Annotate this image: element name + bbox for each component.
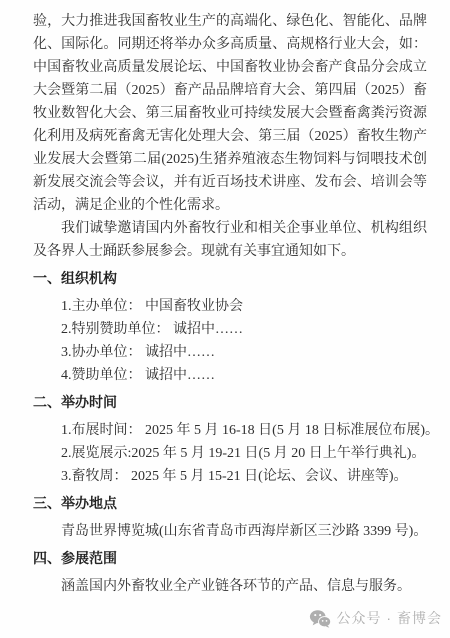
- document-page: 验，大力推进我国畜牧业生产的高端化、绿色化、智能化、品牌化、国际化。同期还将举办…: [0, 0, 450, 638]
- section-heading-schedule: 二、举办时间: [33, 392, 427, 415]
- organizer-item-host: 1.主办单位： 中国畜牧业协会: [33, 295, 427, 318]
- venue-address: 青岛世界博览城(山东省青岛市西海岸新区三沙路 3399 号)。: [33, 520, 427, 543]
- organizer-item-sponsor: 4.赞助单位： 诚招中……: [33, 364, 427, 387]
- organizer-item-special-sponsor: 2.特别赞助单位： 诚招中……: [33, 318, 427, 341]
- paragraph-intro: 验，大力推进我国畜牧业生产的高端化、绿色化、智能化、品牌化、国际化。同期还将举办…: [33, 10, 427, 217]
- section-heading-organizers: 一、组织机构: [33, 268, 427, 291]
- section-heading-venue: 三、举办地点: [33, 493, 427, 516]
- schedule-item-exhibition: 2.展览展示:2025 年 5 月 19-21 日(5 月 20 日上午举行典礼…: [33, 442, 427, 465]
- paragraph-invite: 我们诚挚邀请国内外畜牧行业和相关企事业单位、机构组织及各界人士踊跃参展参会。现就…: [33, 217, 427, 263]
- scope-description: 涵盖国内外畜牧业全产业链各环节的产品、信息与服务。: [33, 575, 427, 598]
- wechat-icon: [309, 609, 331, 628]
- schedule-item-livestock-week: 3.畜牧周： 2025 年 5 月 15-21 日(论坛、会议、讲座等)。: [33, 465, 427, 488]
- section-heading-scope: 四、参展范围: [33, 548, 427, 571]
- wechat-watermark: 公众号 · 畜博会: [309, 607, 442, 630]
- watermark-label: 公众号 · 畜博会: [337, 607, 442, 630]
- schedule-item-setup: 1.布展时间： 2025 年 5 月 16-18 日(5 月 18 日标准展位布…: [33, 419, 427, 442]
- organizer-item-co-organizer: 3.协办单位： 诚招中……: [33, 341, 427, 364]
